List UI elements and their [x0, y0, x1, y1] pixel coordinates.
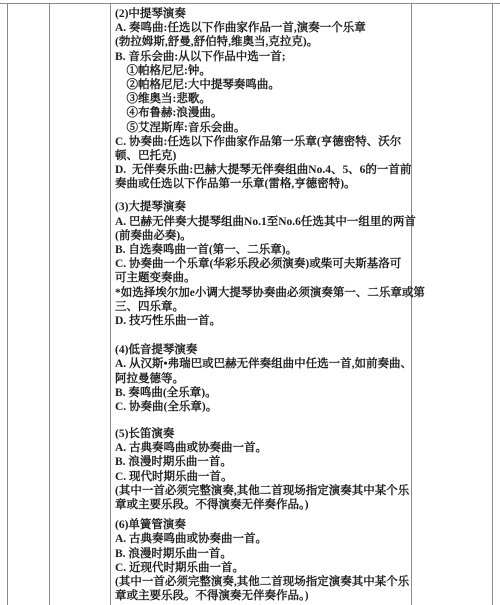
text-line: ②帕格尼尼:大中提琴奏鸣曲。: [115, 78, 409, 92]
text-line: A. 奏鸣曲:任选以下作曲家作品一首,演奏一个乐章: [115, 21, 409, 35]
text-line: 章或主要乐段。不得演奏无伴奏作品。): [115, 498, 409, 512]
document-page: (2)中提琴演奏 A. 奏鸣曲:任选以下作曲家作品一首,演奏一个乐章(勃拉姆斯,…: [0, 0, 500, 605]
text-line: C. 现代时期乐曲一首。: [115, 470, 409, 484]
text-line: C. 近现代时期乐曲一首。: [115, 561, 409, 575]
section-clarinet: (6)单簧管演奏 A. 古典奏鸣曲或协奏曲一首。B. 浪漫时期乐曲一首。C. 近…: [115, 518, 409, 603]
section-cello: (3)大提琴演奏 A. 巴赫无伴奏大提琴组曲No.1至No.6任选其中一组里的两…: [115, 200, 409, 328]
text-line: B. 浪漫时期乐曲一首。: [115, 455, 409, 469]
text-line: A. 从汉斯•弗瑞巴或巴赫无伴奏组曲中任选一首,如前奏曲、: [115, 357, 409, 371]
table-border-col-2: [49, 3, 50, 605]
text-line: 章或主要乐段。不得演奏无伴奏作品。): [115, 589, 409, 603]
text-line: 奏曲或任选以下作品第一乐章(雷格,亨德密特)。: [115, 177, 409, 191]
text-line: B. 奏鸣曲(全乐章)。: [115, 386, 409, 400]
section-title: (3)大提琴演奏: [115, 200, 409, 214]
section-lines: A. 古典奏鸣曲或协奏曲一首。B. 浪漫时期乐曲一首。C. 近现代时期乐曲一首。…: [115, 532, 409, 603]
table-border-top: [0, 3, 500, 4]
text-line: C. 协奏曲一个乐章(华彩乐段必须演奏)或柴可夫斯基洛可: [115, 257, 409, 271]
requirements-text-cell: (2)中提琴演奏 A. 奏鸣曲:任选以下作曲家作品一首,演奏一个乐章(勃拉姆斯,…: [115, 7, 409, 603]
text-line: A. 巴赫无伴奏大提琴组曲No.1至No.6任选其中一组里的两首: [115, 215, 409, 229]
section-lines: A. 奏鸣曲:任选以下作曲家作品一首,演奏一个乐章(勃拉姆斯,舒曼,舒伯特,维奥…: [115, 21, 409, 191]
text-line: 顿、巴托克): [115, 149, 409, 163]
text-line: (其中一首必须完整演奏,其他二首现场指定演奏其中某个乐: [115, 575, 409, 589]
text-line: D. 技巧性乐曲一首。: [115, 314, 409, 328]
section-title: (6)单簧管演奏: [115, 518, 409, 532]
section-lines: A. 巴赫无伴奏大提琴组曲No.1至No.6任选其中一组里的两首(前奏曲必奏)。…: [115, 215, 409, 329]
text-line: A. 古典奏鸣曲或协奏曲一首。: [115, 532, 409, 546]
table-border-col-4: [411, 3, 412, 605]
text-line: ①帕格尼尼:钟。: [115, 64, 409, 78]
section-title: (5)长笛演奏: [115, 427, 409, 441]
text-line: C. 协奏曲:任选以下作曲家作品第一乐章(亨德密特、沃尔: [115, 135, 409, 149]
section-double-bass: (4)低音提琴演奏 A. 从汉斯•弗瑞巴或巴赫无伴奏组曲中任选一首,如前奏曲、阿…: [115, 343, 409, 414]
text-line: ⑤艾涅斯库:音乐会曲。: [115, 121, 409, 135]
table-border-col-3: [110, 3, 111, 605]
text-line: (前奏曲必奏)。: [115, 229, 409, 243]
section-title: (4)低音提琴演奏: [115, 343, 409, 357]
section-lines: A. 古典奏鸣曲或协奏曲一首。B. 浪漫时期乐曲一首。C. 现代时期乐曲一首。(…: [115, 441, 409, 512]
text-line: B. 音乐会曲:从以下作品中选一首;: [115, 50, 409, 64]
text-line: ③维奥当:悲歌。: [115, 92, 409, 106]
text-line: 三、四乐章。: [115, 300, 409, 314]
section-flute: (5)长笛演奏 A. 古典奏鸣曲或协奏曲一首。B. 浪漫时期乐曲一首。C. 现代…: [115, 427, 409, 512]
text-line: B. 浪漫时期乐曲一首。: [115, 547, 409, 561]
text-line: B. 自选奏鸣曲一首(第一、二乐章)。: [115, 243, 409, 257]
table-border-col-1: [7, 3, 8, 605]
section-viola: (2)中提琴演奏 A. 奏鸣曲:任选以下作曲家作品一首,演奏一个乐章(勃拉姆斯,…: [115, 7, 409, 191]
text-line: C. 协奏曲(全乐章)。: [115, 400, 409, 414]
table-border-col-5: [492, 3, 493, 605]
text-line: ④布鲁赫:浪漫曲。: [115, 106, 409, 120]
text-line: 阿拉曼德等。: [115, 372, 409, 386]
text-line: A. 古典奏鸣曲或协奏曲一首。: [115, 441, 409, 455]
text-line: *如选择埃尔加e小调大提琴协奏曲必须演奏第一、二乐章或第: [115, 286, 409, 300]
section-lines: A. 从汉斯•弗瑞巴或巴赫无伴奏组曲中任选一首,如前奏曲、阿拉曼德等。B. 奏鸣…: [115, 357, 409, 414]
text-line: (勃拉姆斯,舒曼,舒伯特,维奥当,克拉克)。: [115, 35, 409, 49]
text-line: (其中一首必须完整演奏,其他二首现场指定演奏其中某个乐: [115, 484, 409, 498]
text-line: D. 无伴奏乐曲:巴赫大提琴无伴奏组曲No.4、5、6的一首前: [115, 163, 409, 177]
text-line: 可主题变奏曲。: [115, 271, 409, 285]
section-title: (2)中提琴演奏: [115, 7, 409, 21]
